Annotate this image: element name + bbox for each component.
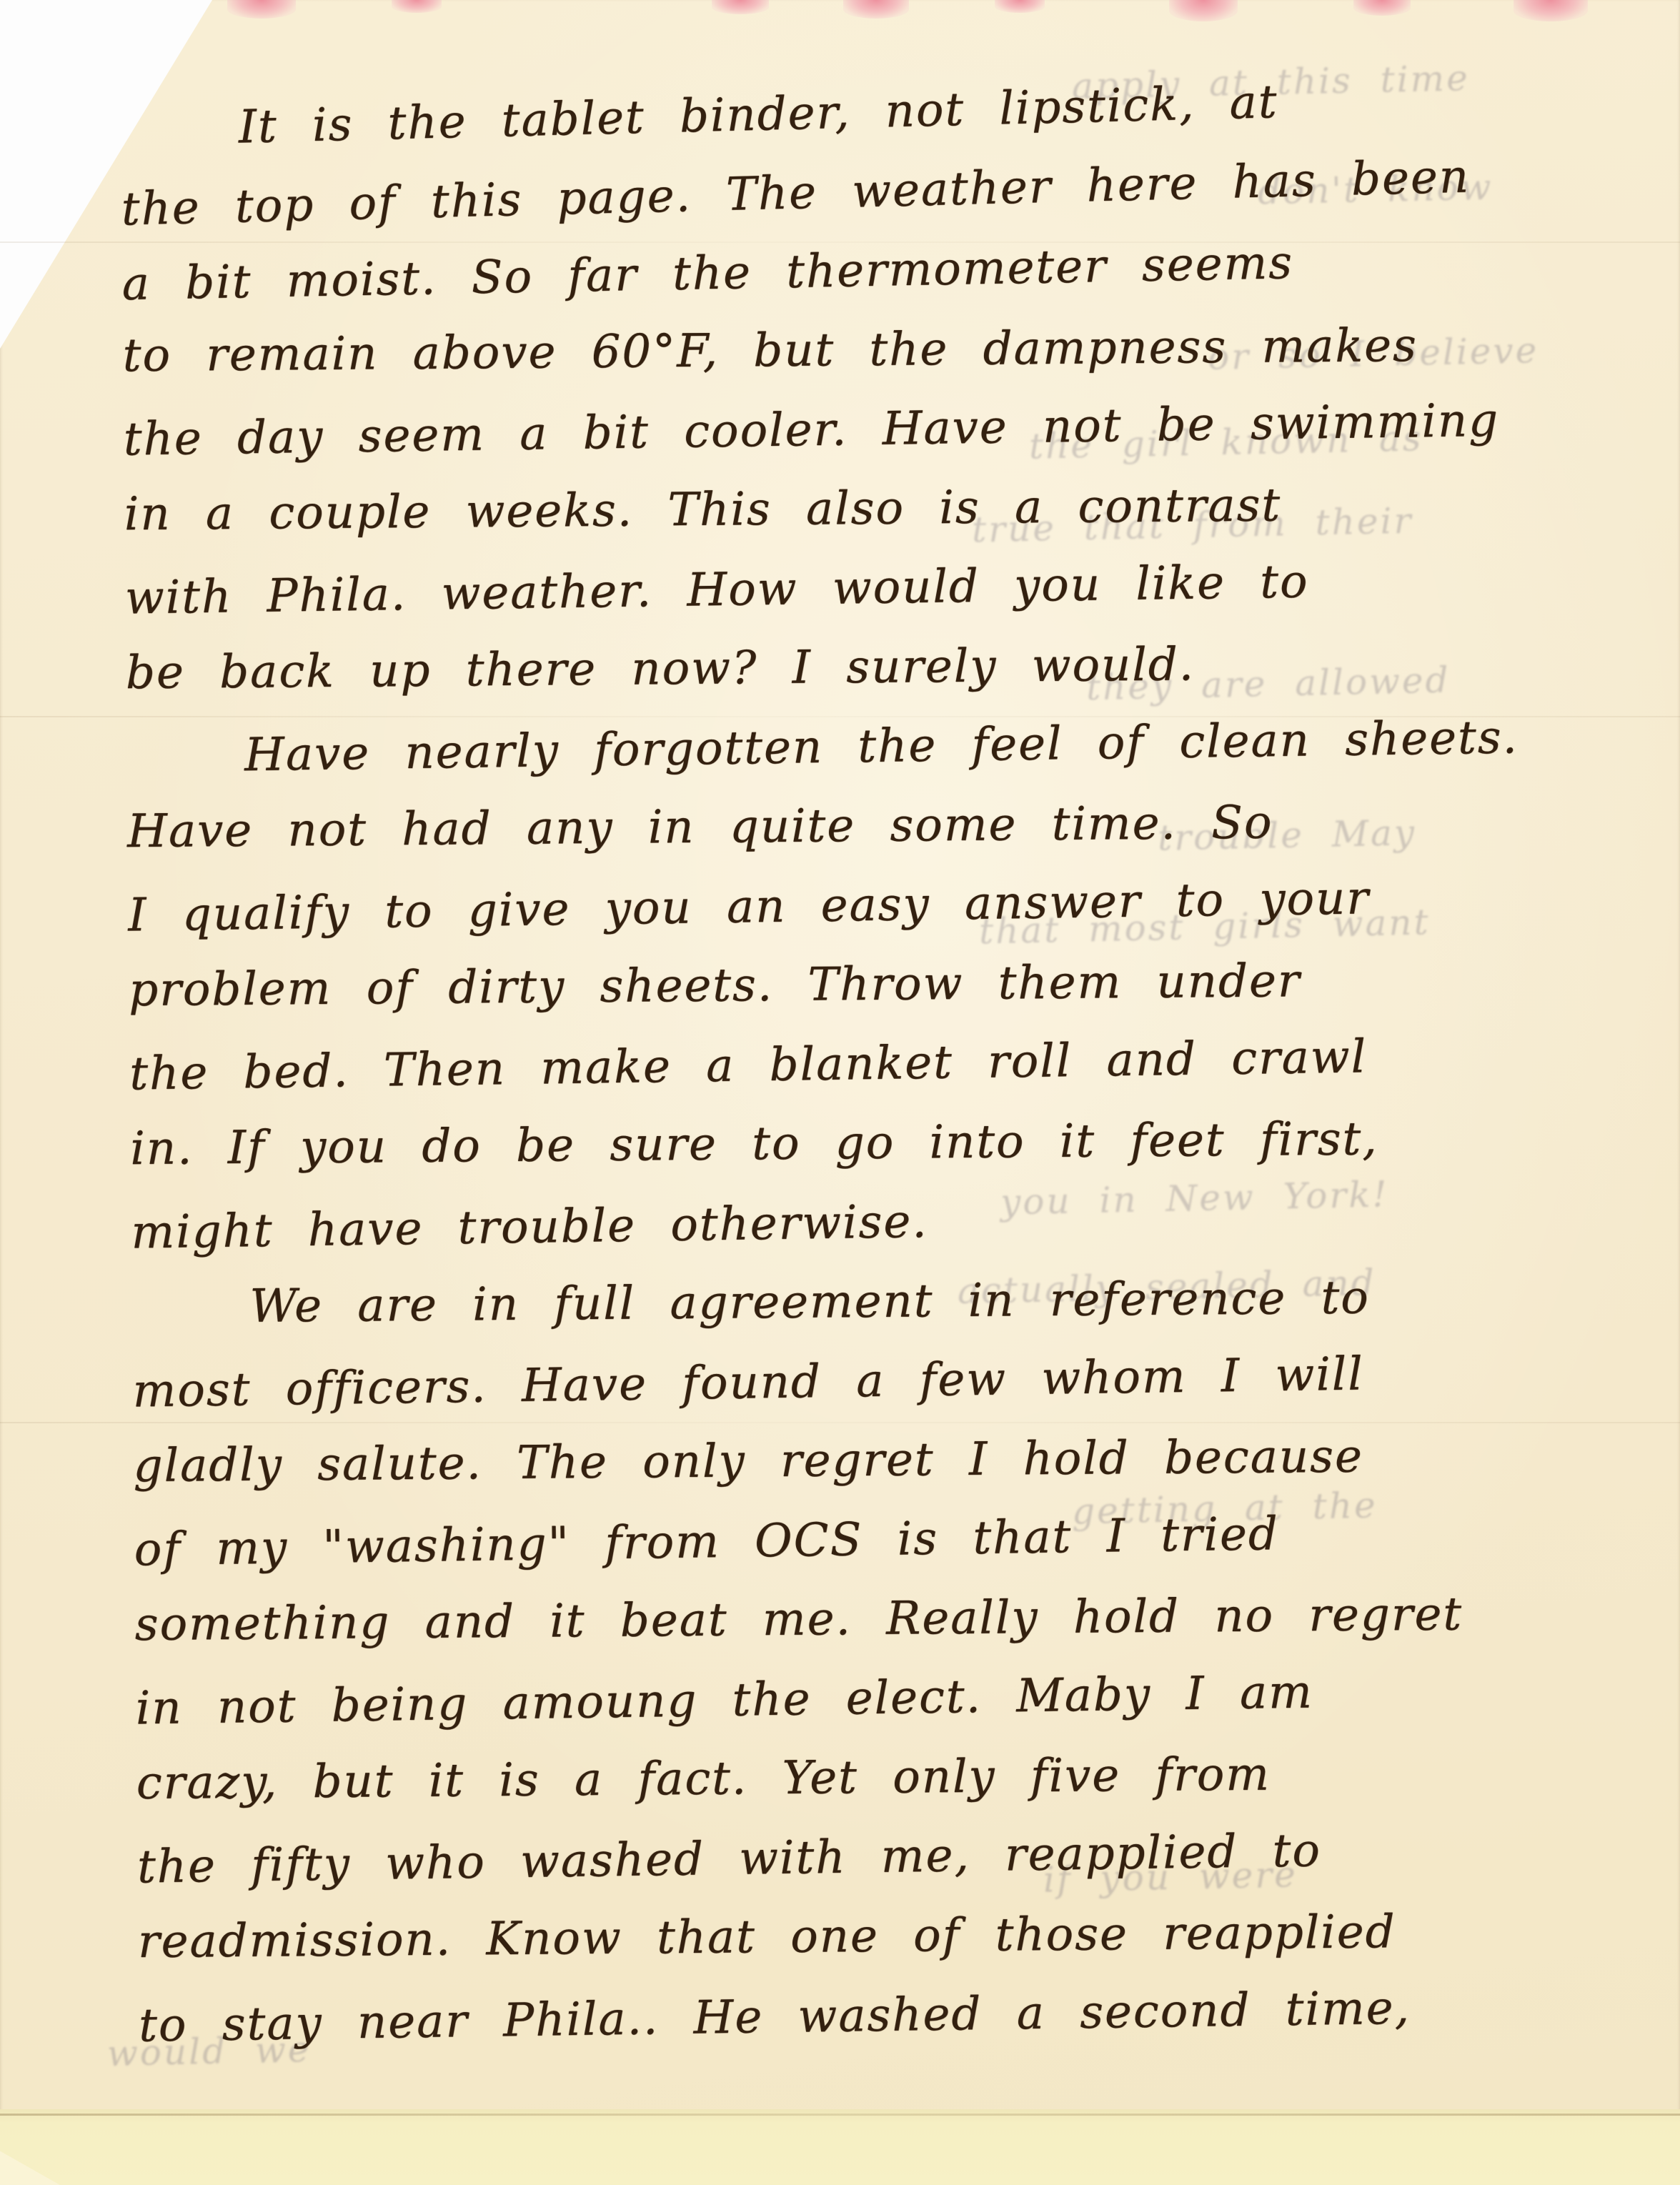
letter-body: It is the tablet binder, not lipstick, a…	[120, 66, 1640, 2063]
binder-stain	[392, 0, 442, 13]
binder-stain	[1353, 0, 1411, 16]
binder-stain	[712, 0, 769, 14]
binder-stain	[227, 0, 296, 19]
binder-stain	[995, 0, 1045, 13]
scanned-letter-page: apply at this time don't know or so I be…	[0, 0, 1680, 2185]
sheet-bottom-edge	[0, 2114, 1680, 2116]
binder-stain	[1169, 0, 1238, 21]
binder-stain	[843, 0, 909, 19]
binder-stain	[1514, 0, 1588, 21]
second-sheet	[0, 2109, 1680, 2185]
